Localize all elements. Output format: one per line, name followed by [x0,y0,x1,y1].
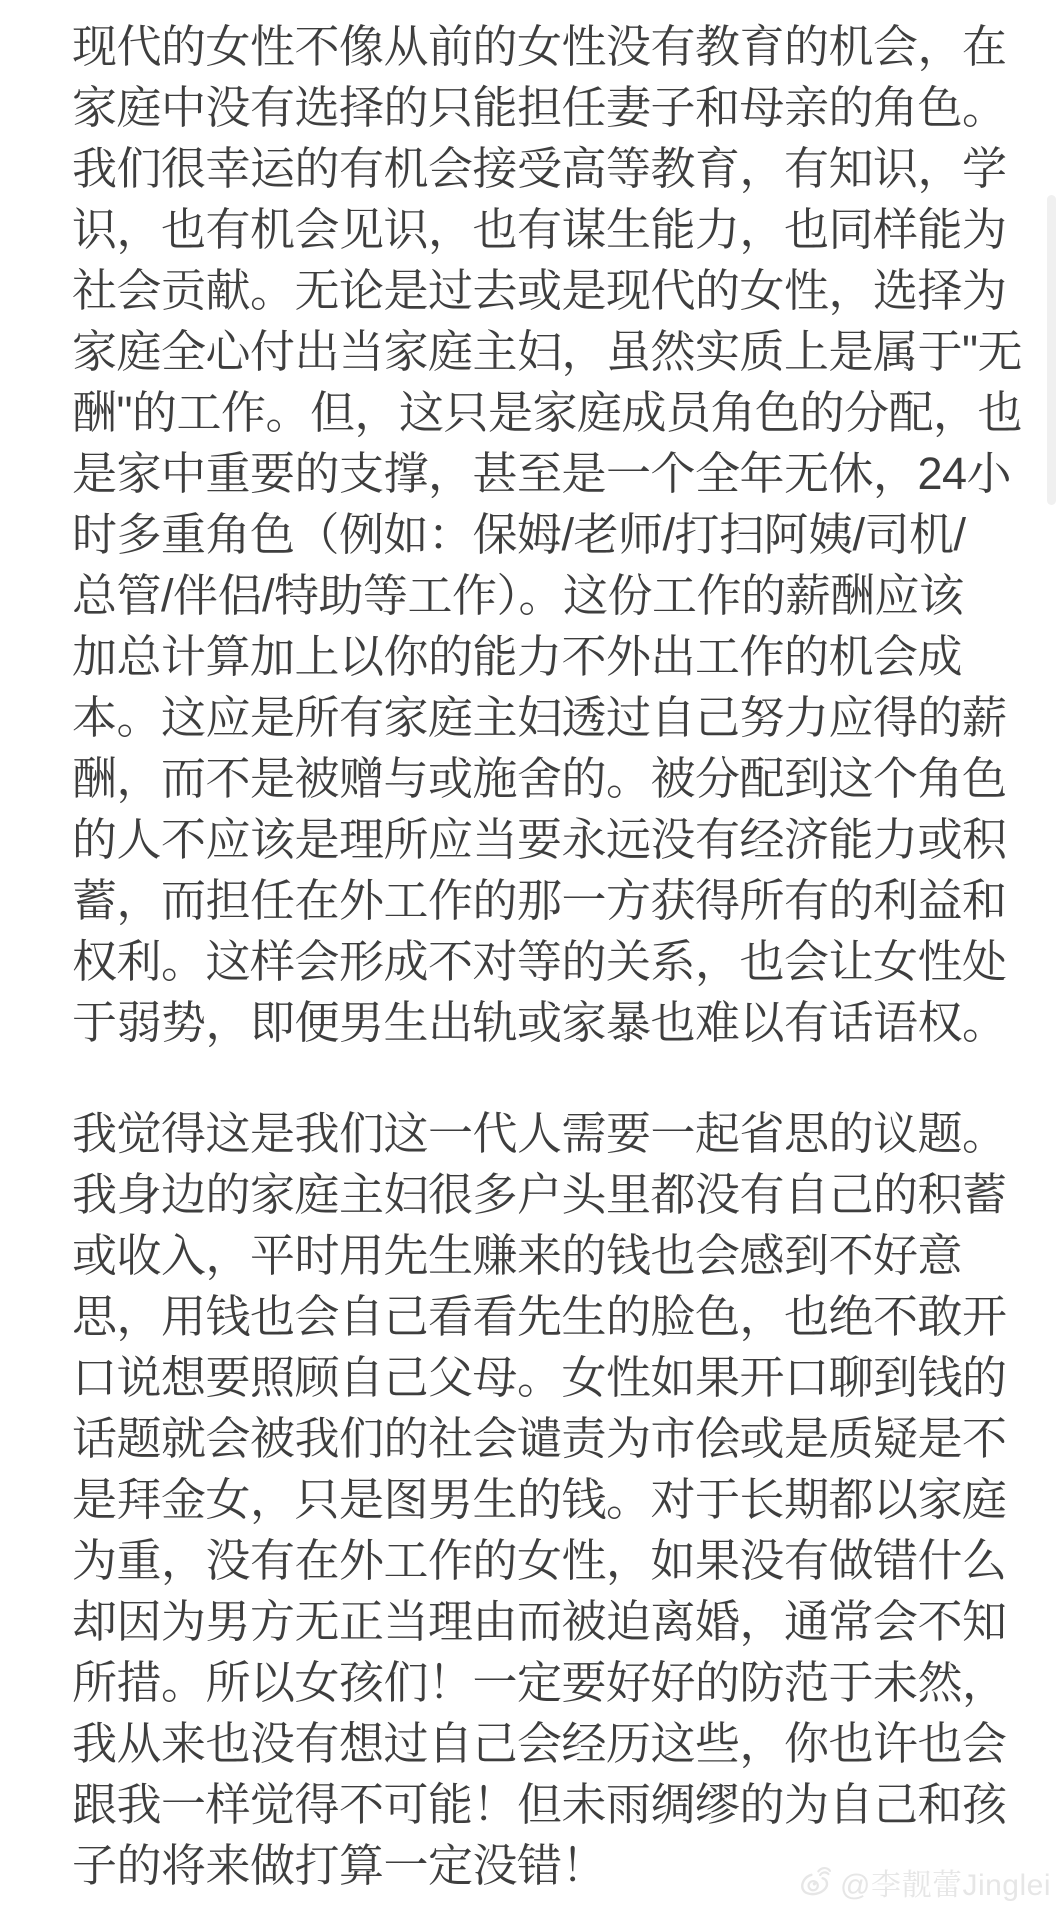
text-line: 蓄，而担任在外工作的那一方获得所有的利益和 [72,870,1005,931]
text-line: 我觉得这是我们这一代人需要一起省思的议题。 [72,1103,1005,1164]
text-line: 于弱势，即便男生出轨或家暴也难以有话语权。 [72,992,1005,1053]
watermark: @李靓蕾Jinglei [799,1860,1051,1904]
text-line: 识，也有机会见识，也有谋生能力，也同样能为 [72,199,1005,260]
text-line: 或收入，平时用先生赚来的钱也会感到不好意 [72,1225,1005,1286]
text-line: 时多重角色（例如：保姆/老师/打扫阿姨/司机/ [72,504,1005,565]
text-line: 我身边的家庭主妇很多户头里都没有自己的积蓄 [72,1164,1005,1225]
text-line: 社会贡献。无论是过去或是现代的女性，选择为 [72,260,1005,321]
text-line: 总管/伴侣/特助等工作）。这份工作的薪酬应该 [72,565,1005,626]
text-line: 加总计算加上以你的能力不外出工作的机会成 [72,626,1005,687]
text-line: 我们很幸运的有机会接受高等教育，有知识，学 [72,138,1005,199]
text-line: 家庭全心付出当家庭主妇，虽然实质上是属于"无 [72,321,1005,382]
text-line: 是拜金女，只是图男生的钱。对于长期都以家庭 [72,1469,1005,1530]
text-line: 酬"的工作。但，这只是家庭成员角色的分配，也 [72,382,1005,443]
post-image: 现代的女性不像从前的女性没有教育的机会，在家庭中没有选择的只能担任妻子和母亲的角… [0,0,1063,1920]
text-line: 的人不应该是理所应当要永远没有经济能力或积 [72,809,1005,870]
text-line: 我从来也没有想过自己会经历这些，你也许也会 [72,1713,1005,1774]
text-line: 为重，没有在外工作的女性，如果没有做错什么 [72,1530,1005,1591]
paragraph-1: 现代的女性不像从前的女性没有教育的机会，在家庭中没有选择的只能担任妻子和母亲的角… [72,16,1005,1053]
scrollbar-thumb[interactable] [1047,195,1056,505]
text-line: 是家中重要的支撑，甚至是一个全年无休，24小 [72,443,1005,504]
text-line: 权利。这样会形成不对等的关系，也会让女性处 [72,931,1005,992]
text-line: 家庭中没有选择的只能担任妻子和母亲的角色。 [72,77,1005,138]
text-line: 本。这应是所有家庭主妇透过自己努力应得的薪 [72,687,1005,748]
paragraph-2: 我觉得这是我们这一代人需要一起省思的议题。我身边的家庭主妇很多户头里都没有自己的… [72,1103,1005,1896]
text-line: 所措。所以女孩们！一定要好好的防范于未然， [72,1652,1005,1713]
weibo-logo-icon [796,1864,835,1900]
text-line: 口说想要照顾自己父母。女性如果开口聊到钱的 [72,1347,1005,1408]
text-line: 跟我一样觉得不可能！但未雨绸缪的为自己和孩 [72,1774,1005,1835]
post-text: 现代的女性不像从前的女性没有教育的机会，在家庭中没有选择的只能担任妻子和母亲的角… [0,0,1063,1896]
text-line: 酬，而不是被赠与或施舍的。被分配到这个角色 [72,748,1005,809]
watermark-handle: @李靓蕾Jinglei [840,1860,1051,1904]
text-line: 话题就会被我们的社会谴责为市侩或是质疑是不 [72,1408,1005,1469]
text-line: 却因为男方无正当理由而被迫离婚，通常会不知 [72,1591,1005,1652]
text-line: 思，用钱也会自己看看先生的脸色，也绝不敢开 [72,1286,1005,1347]
text-line: 现代的女性不像从前的女性没有教育的机会，在 [72,16,1005,77]
